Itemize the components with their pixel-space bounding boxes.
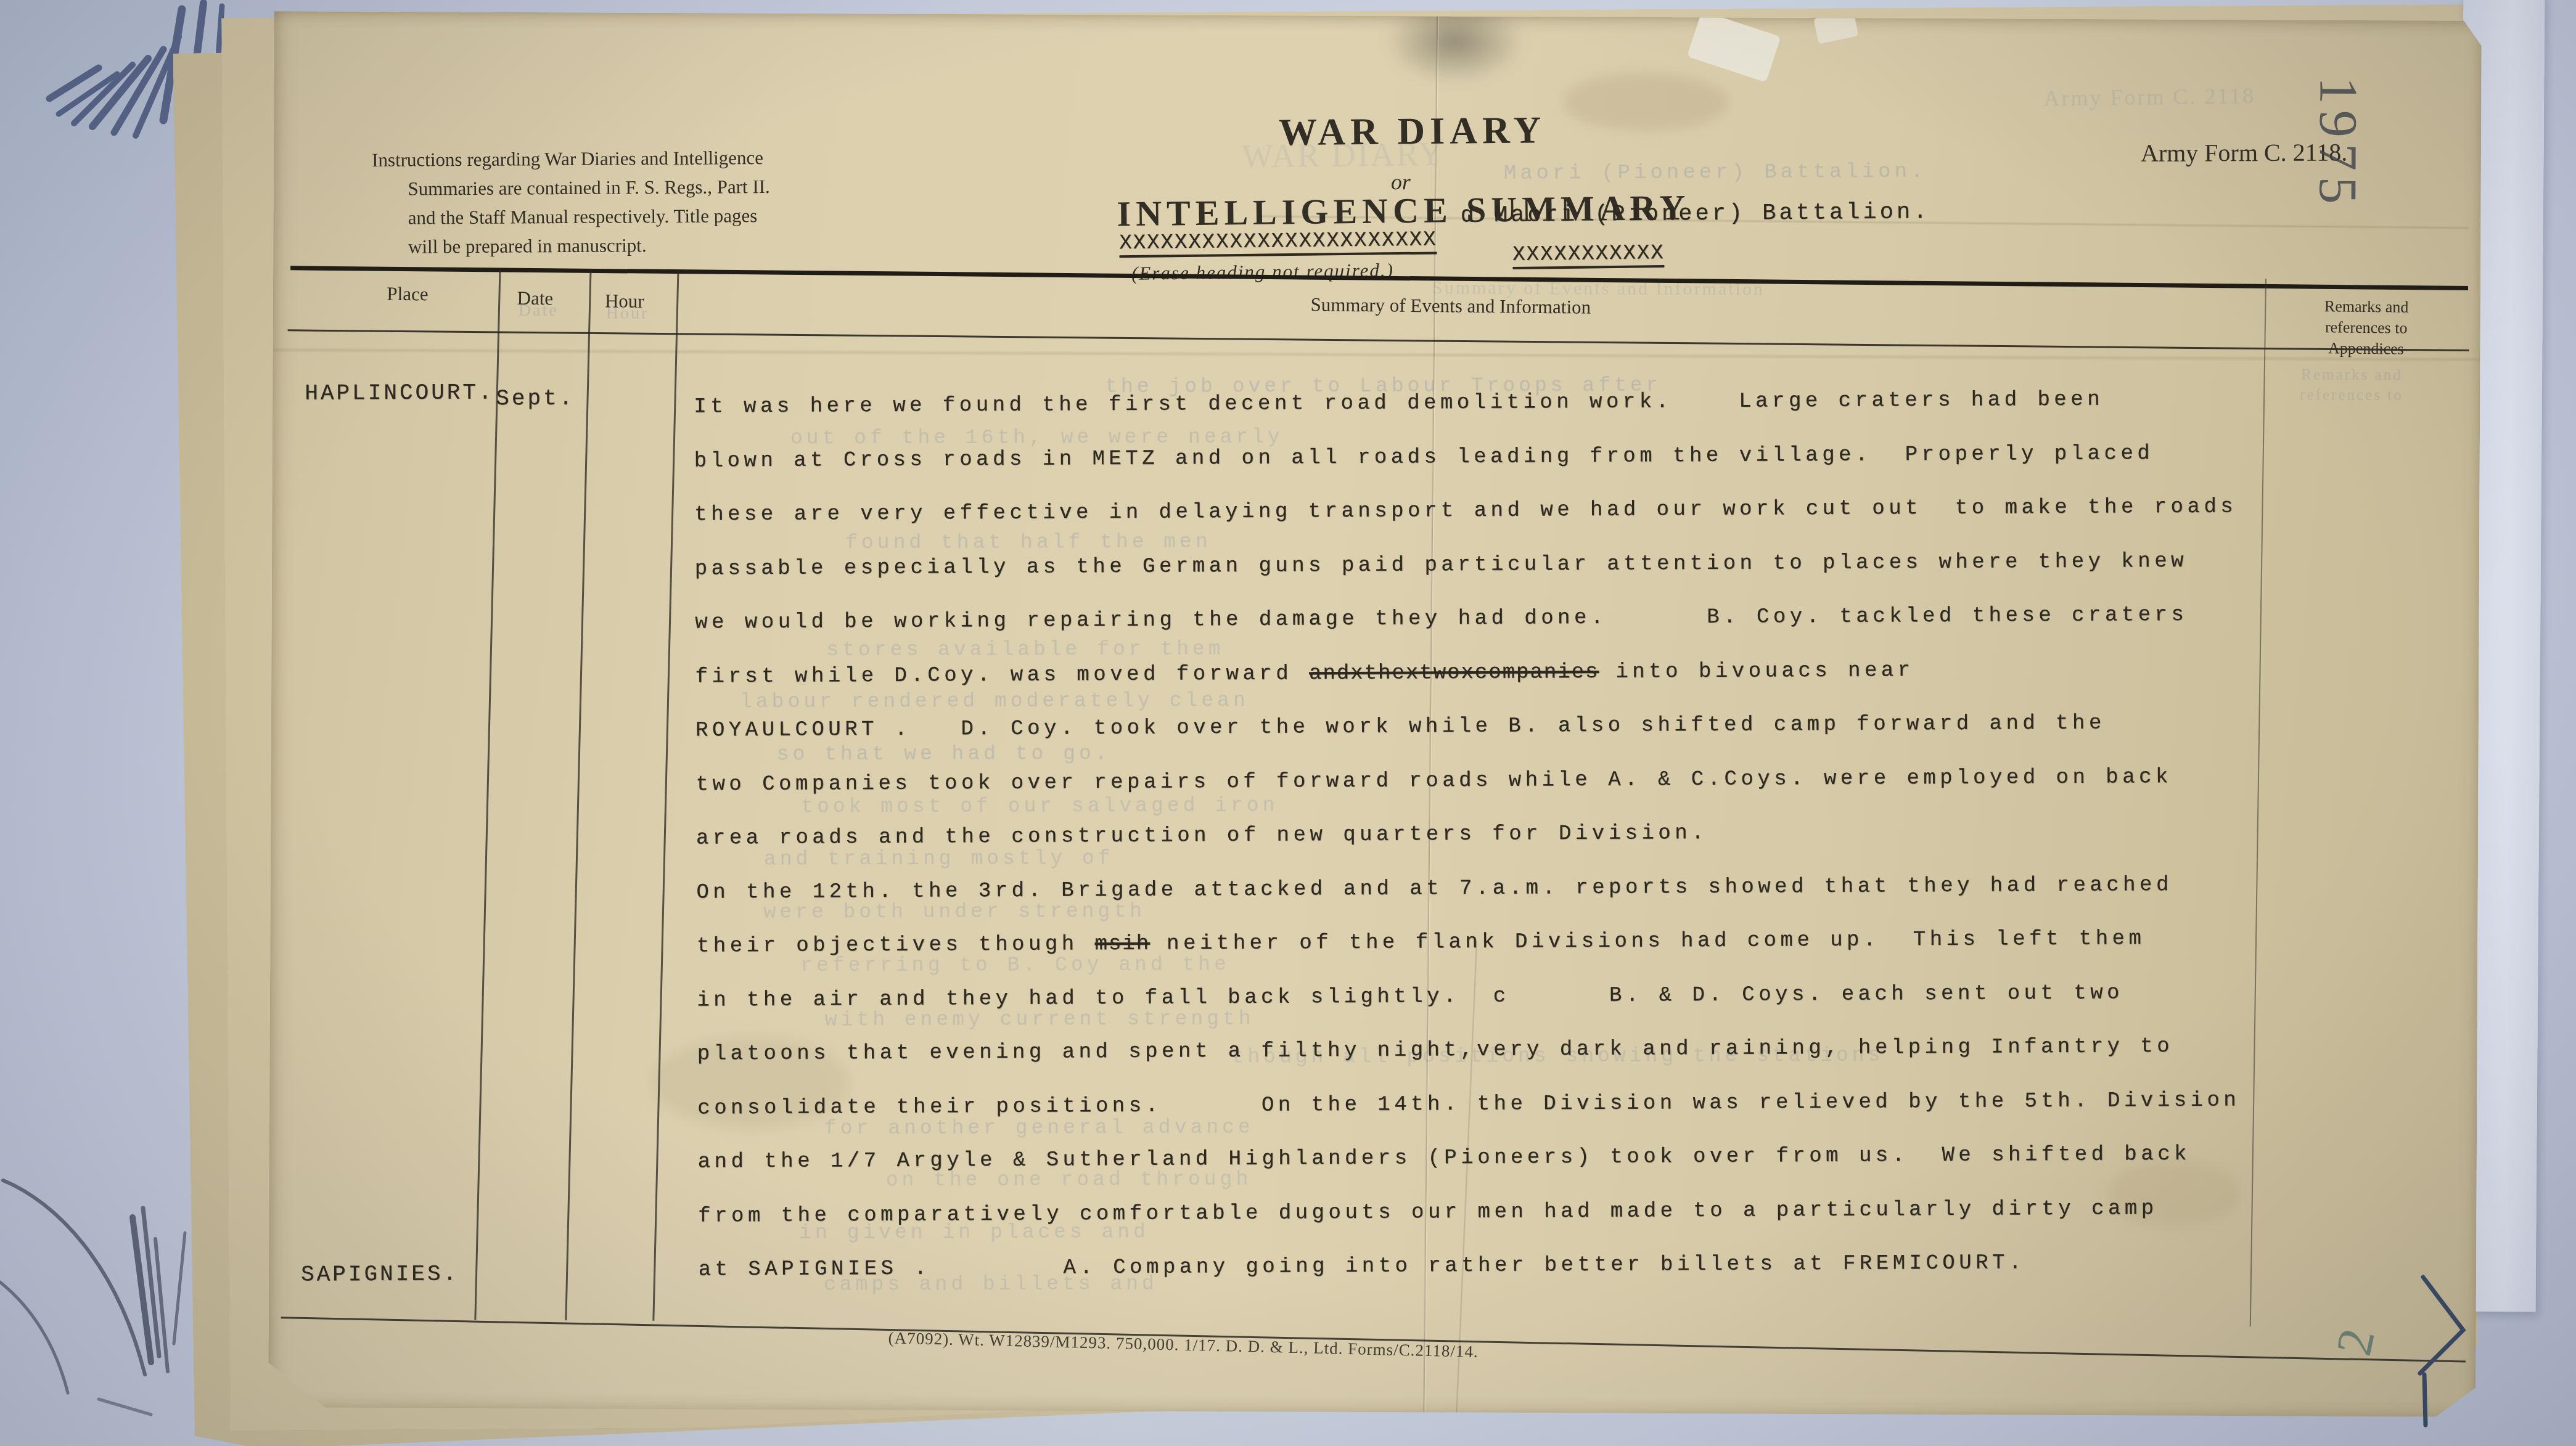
paperclip [2398, 1257, 2485, 1430]
archive-stamp-1975: 1975 [2306, 77, 2369, 299]
summary-line: in the air and they had to fall back sli… [697, 981, 2287, 1043]
summary-line: at SAPIGNIES . A. Company going into rat… [698, 1250, 2289, 1312]
summary-line: first while D.Coy. was moved forward and… [695, 657, 2286, 719]
form-title: WAR DIARY [1279, 108, 1546, 155]
col-divider-hour-summary [652, 269, 679, 1321]
stain-1 [1562, 72, 1729, 131]
col-header-hour: Hour [585, 290, 665, 312]
table-header-rule [288, 329, 2469, 351]
instructions-line: and the Staff Manual respectively. Title… [408, 200, 964, 232]
war-diary-sheet: WAR DIARYMaori (Pioneer) Battalion.Army … [268, 11, 2482, 1417]
struck-out-text: msih [1094, 933, 1150, 956]
instructions-block: Instructions regarding War Diaries and I… [372, 142, 964, 261]
col-header-remarks: Remarks and references to Appendices [2270, 295, 2462, 361]
summary-line: their objectives though msih neither of … [697, 926, 2287, 989]
bleed-through-fragment: Army Form C. 2118 [2043, 83, 2255, 111]
summary-line: It was here we found the first decent ro… [694, 387, 2284, 449]
summary-line: two Companies took over repairs of forwa… [695, 765, 2286, 827]
summary-text-block: It was here we found the first decent ro… [694, 387, 2289, 1312]
col-header-date: Date [495, 287, 575, 309]
entry-date-sept: Sept. [496, 386, 575, 412]
entry-place-haplincourt: HAPLINCOURT. [305, 380, 494, 406]
instructions-line: Instructions regarding War Diaries and I… [372, 142, 964, 174]
erase-note: (Erase heading not required.) [1131, 259, 1394, 285]
bleed-through-fragment: references to [2300, 387, 2403, 405]
summary-line: we would be working repairing the damage… [695, 603, 2286, 665]
struck-out-text: andxthextwoxcompanies [1309, 660, 1599, 685]
col-header-summary: Summary of Events and Information [988, 290, 1913, 321]
entry-place-sapignies: SAPIGNIES. [301, 1261, 459, 1287]
unit-name-typed: d Maori (Pioneer) Battalion. [1460, 199, 1930, 229]
instructions-line: Summaries are contained in F. S. Regs., … [408, 171, 964, 203]
summary-line: consolidate their positions. On the 14th… [697, 1089, 2288, 1151]
bleed-through-fragment: Remarks and [2301, 367, 2402, 385]
col-divider-date-hour [565, 269, 591, 1321]
instructions-line: will be prepared in manuscript. [408, 229, 964, 261]
photograph-of-war-diary: Y - - WAR DIARYMaori (Pioneer) Battalion… [0, 0, 2576, 1446]
summary-line: On the 12th. the 3rd. Brigade attacked a… [696, 873, 2287, 935]
summary-line: ROYAULCOURT . D. Coy. took over the work… [695, 711, 2286, 773]
col-header-remarks-line: Appendices [2270, 337, 2461, 361]
printer-footer: (A7092). Wt. W12839/M1293. 750,000. 1/17… [888, 1328, 1479, 1362]
col-header-remarks-line: references to [2271, 316, 2462, 340]
strikeout-row-2: XXXXXXXXXXX [1512, 242, 1665, 269]
summary-line: area roads and the construction of new q… [696, 819, 2287, 881]
summary-line: passable especially as the German guns p… [695, 549, 2286, 611]
summary-line: from the comparatively comfortable dugou… [698, 1196, 2289, 1259]
col-header-remarks-line: Remarks and [2271, 295, 2462, 319]
bleed-through-fragment: Maori (Pioneer) Battalion. [1504, 160, 1927, 186]
col-divider-place-date [474, 269, 501, 1320]
torn-tape-bit [1687, 10, 1781, 82]
horizontal-crease [273, 347, 2480, 362]
summary-line: platoons that evening and spent a filthy… [697, 1034, 2288, 1097]
strikeout-row-1: XXXXXXXXXXXXXXXXXXXXXXX [1119, 228, 1437, 258]
summary-line: and the 1/7 Argyle & Sutherland Highland… [698, 1142, 2289, 1204]
summary-line: these are very effective in delaying tra… [694, 495, 2285, 557]
summary-line: blown at Cross roads in METZ and on all … [694, 441, 2285, 504]
col-header-place: Place [346, 282, 469, 306]
